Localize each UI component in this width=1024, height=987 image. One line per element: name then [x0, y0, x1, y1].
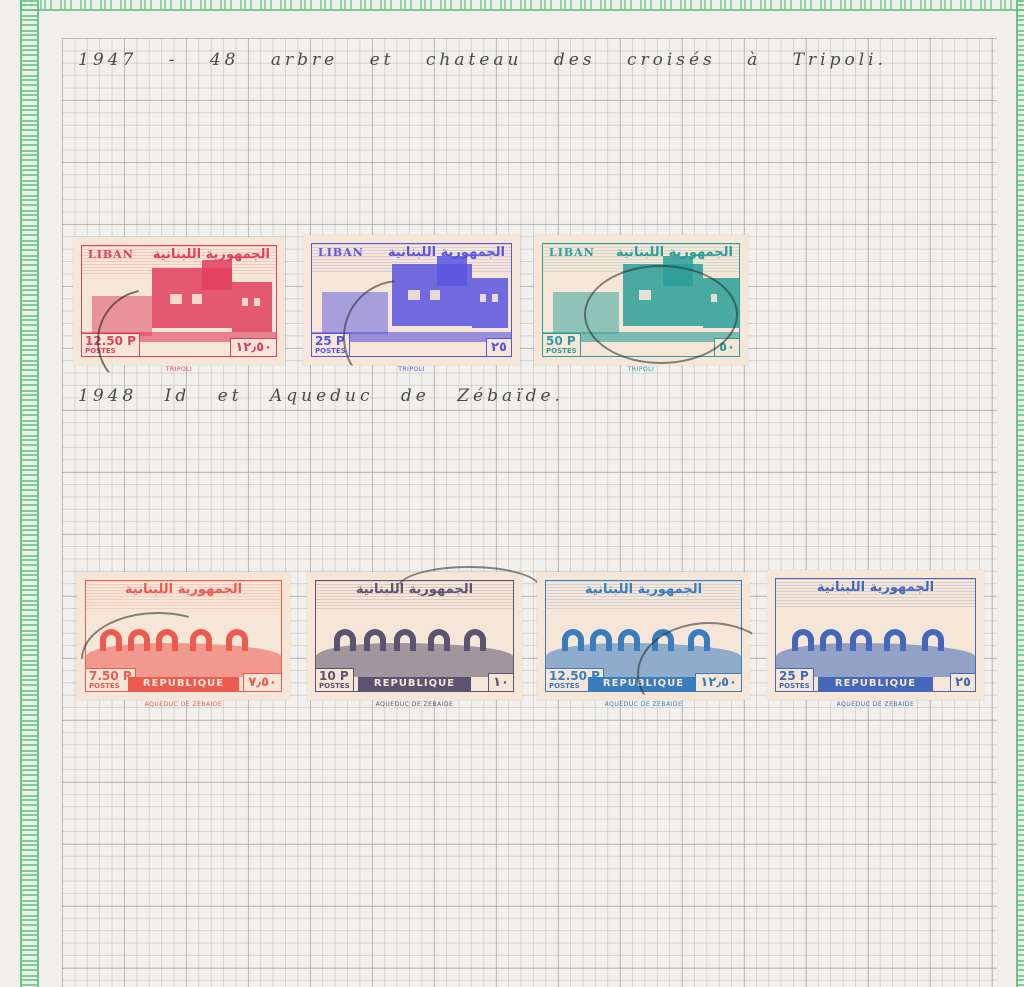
stamp-caption: TRIPOLI: [398, 366, 425, 373]
stamp-caption: TRIPOLI: [628, 366, 655, 373]
stamp-arabic-title: الجمهورية اللبنانية: [316, 582, 513, 597]
stamp-value: 25 PPOSTES: [776, 668, 814, 691]
stamp-value-arabic: ٢٥: [950, 673, 975, 691]
stamp-value-arabic: ٢٥: [486, 338, 511, 356]
stamp-caption: AQUEDUC DE ZEBAIDE: [376, 701, 454, 708]
stamp-arabic-title: الجمهورية اللبنانية: [388, 245, 505, 260]
stamp-arabic-title: الجمهورية اللبنانية: [153, 247, 270, 262]
stamp-aqueduct-25[interactable]: الجمهورية اللبنانية 25 PPOSTES REPUBLIQU…: [767, 570, 984, 700]
stamp-country: LIBAN: [549, 246, 595, 259]
stamp-tripoli-50[interactable]: LIBAN الجمهورية اللبنانية 50 PPOSTES ٥٠ …: [534, 235, 748, 365]
stamp-arabic-title: الجمهورية اللبنانية: [86, 582, 281, 597]
stamp-value: 10 PPOSTES: [316, 668, 354, 691]
postmark: [584, 265, 738, 364]
section-heading-aqueduct: 1948 Id et Aqueduc de Zébaïde.: [78, 386, 564, 406]
stamp-value-arabic: ٧٫٥٠: [243, 673, 281, 691]
stamp-banner: REPUBLIQUE LIBANAISE: [358, 677, 471, 691]
stamp-arabic-title: الجمهورية اللبنانية: [546, 582, 741, 597]
stamp-aqueduct-7-50[interactable]: الجمهورية اللبنانية 7.50 PPOSTES REPUBLI…: [77, 572, 290, 700]
stamp-caption: TRIPOLI: [166, 366, 193, 373]
section-heading-tripoli: 1947 - 48 arbre et chateau des croisés à…: [78, 50, 887, 70]
stamp-caption: AQUEDUC DE ZEBAIDE: [145, 701, 223, 708]
stamp-banner: REPUBLIQUE LIBANAISE: [818, 677, 933, 691]
greek-key-border-left: [20, 0, 39, 987]
greek-key-border-top: [20, 0, 1024, 11]
stamp-caption: AQUEDUC DE ZEBAIDE: [605, 701, 683, 708]
stamp-aqueduct-12-50[interactable]: الجمهورية اللبنانية 12.50 PPOSTES REPUBL…: [537, 572, 750, 700]
stamp-value-arabic: ١٠: [488, 673, 513, 691]
stamp-value: 50 PPOSTES: [543, 333, 581, 356]
graph-paper-grid: [62, 38, 997, 987]
stamp-arabic-title: الجمهورية اللبنانية: [776, 580, 975, 595]
stamp-arabic-title: الجمهورية اللبنانية: [616, 245, 733, 260]
stamp-country: LIBAN: [318, 246, 364, 259]
stamp-tripoli-25[interactable]: LIBAN الجمهورية اللبنانية 25 PPOSTES ٢٥ …: [303, 235, 520, 365]
greek-key-border-right: [1016, 0, 1024, 987]
stamp-caption: AQUEDUC DE ZEBAIDE: [837, 701, 915, 708]
stamp-value-arabic: ١٢٫٥٠: [230, 338, 276, 356]
stamp-country: LIBAN: [88, 248, 134, 261]
stamp-tripoli-12-50[interactable]: LIBAN الجمهورية اللبنانية 12.50 PPOSTES …: [73, 237, 285, 365]
stamp-aqueduct-10[interactable]: الجمهورية اللبنانية 10 PPOSTES REPUBLIQU…: [307, 572, 522, 700]
stamp-banner: REPUBLIQUE LIBANAISE: [128, 677, 239, 691]
